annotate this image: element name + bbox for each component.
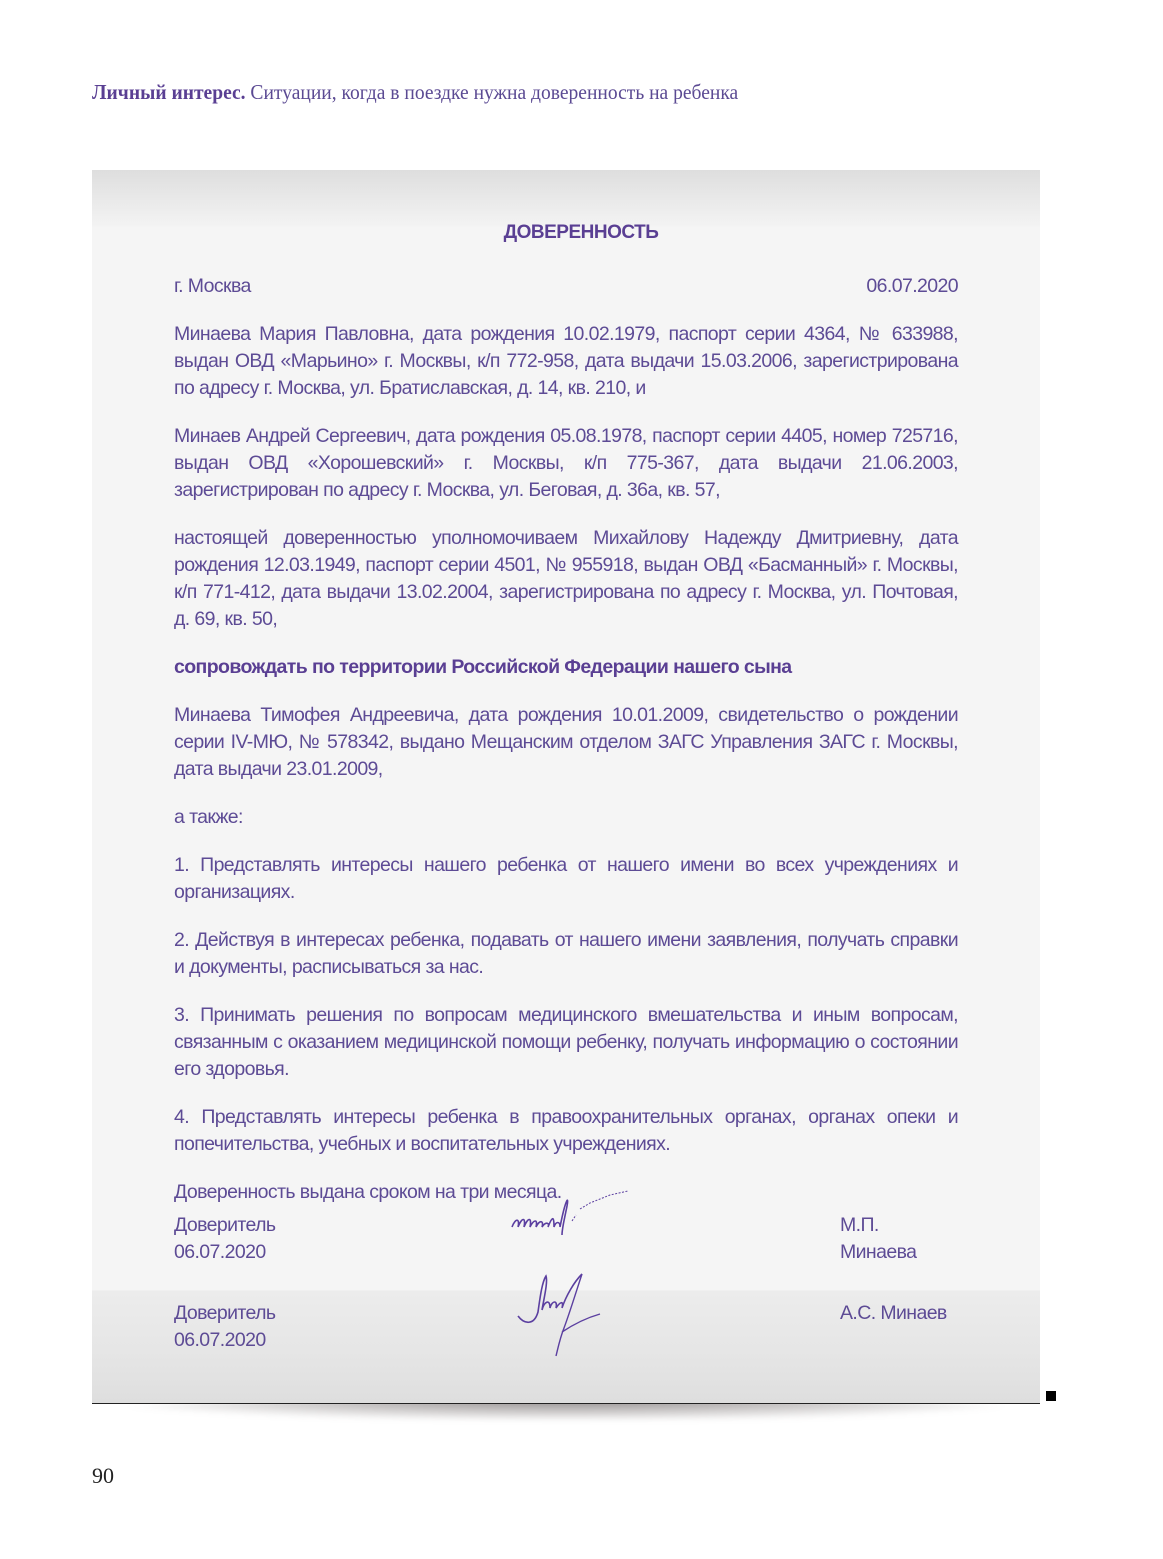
signer-date: 06.07.2020 [174,1327,275,1354]
section-header: Личный интерес. Ситуации, когда в поездк… [92,80,976,105]
signer-date: 06.07.2020 [174,1239,275,1266]
power-item-1: 1. Представлять интересы нашего ребенка … [174,852,958,906]
signature-row-father: Доверитель 06.07.2020 А.С. Минаев [174,1300,958,1360]
principal-father-paragraph: Минаев Андрей Сергеевич, дата рождения 0… [174,423,958,504]
power-item-2: 2. Действуя в интересах ребенка, подават… [174,927,958,981]
signer-role: Доверитель [174,1300,275,1327]
signer-role: Доверитель [174,1212,275,1239]
signature-mother-icon [510,1187,640,1247]
section-subtitle: Ситуации, когда в поездке нужна доверенн… [250,80,738,104]
signature-row-mother: Доверитель 06.07.2020 М.П. Минаева [174,1212,958,1272]
signature-father-icon [514,1272,644,1362]
document-date: 06.07.2020 [866,273,958,300]
signer-block: Доверитель 06.07.2020 [174,1212,275,1266]
document-city: г. Москва [174,273,251,300]
also-label: а также: [174,804,958,831]
signer-name: М.П. Минаева [840,1212,958,1266]
power-item-3: 3. Принимать решения по вопросам медицин… [174,1002,958,1083]
power-of-attorney-document: ДОВЕРЕННОСТЬ г. Москва 06.07.2020 Минаев… [174,210,958,1206]
page-number: 90 [92,1463,114,1489]
attorney-paragraph: настоящей доверенностью уполномочиваем М… [174,525,958,633]
signer-block: Доверитель 06.07.2020 [174,1300,275,1354]
place-date-row: г. Москва 06.07.2020 [174,273,958,300]
end-of-article-mark [1046,1391,1056,1401]
child-paragraph: Минаева Тимофея Андреевича, дата рождени… [174,702,958,783]
signer-name: А.С. Минаев [840,1300,947,1327]
section-title: Личный интерес. [92,80,246,104]
authority-statement: сопровождать по территории Российской Фе… [174,654,958,681]
power-item-4: 4. Представлять интересы ребенка в право… [174,1104,958,1158]
principal-mother-paragraph: Минаева Мария Павловна, дата рождения 10… [174,321,958,402]
document-title: ДОВЕРЕННОСТЬ [204,219,958,246]
